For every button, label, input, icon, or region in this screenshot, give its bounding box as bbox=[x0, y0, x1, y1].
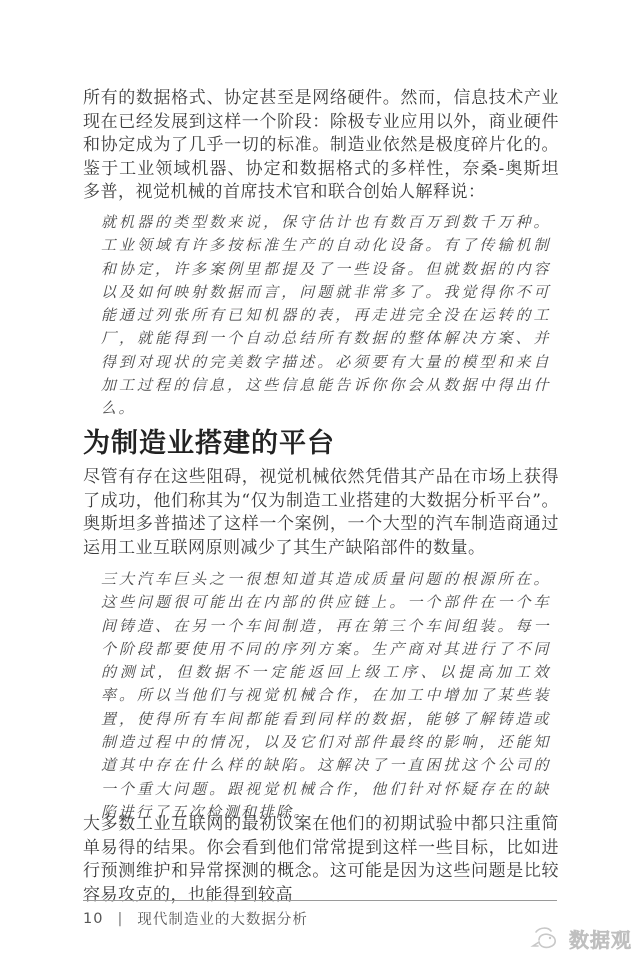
footer-separator: | bbox=[117, 911, 123, 927]
paragraph-intro: 所有的数据格式、协定甚至是网络硬件。然而，信息技术产业现在已经发展到这样一个阶段… bbox=[83, 87, 559, 205]
page-number: 10 bbox=[83, 911, 103, 927]
book-page: 所有的数据格式、协定甚至是网络硬件。然而，信息技术产业现在已经发展到这样一个阶段… bbox=[0, 0, 640, 962]
paragraph-iiot-proposals: 大多数工业互联网的最初议案在他们的初期试验中都只注重简单易得的结果。你会看到他们… bbox=[83, 813, 559, 907]
quote-auto-case: 三大汽车巨头之一很想知道其造成质量问题的根源所在。这些问题很可能出在内部的供应链… bbox=[101, 568, 551, 824]
footer-divider bbox=[83, 900, 557, 901]
watermark: 数据观 bbox=[530, 924, 632, 953]
quote-machine-types: 就机器的类型数来说，保守估计也有数百万到数千万种。工业领域有许多按标准生产的自动… bbox=[101, 211, 551, 421]
page-footer: 10 | 现代制造业的大数据分析 bbox=[83, 908, 308, 929]
watermark-label: 数据观 bbox=[569, 924, 632, 953]
book-title: 现代制造业的大数据分析 bbox=[137, 908, 308, 929]
whale-logo-icon bbox=[530, 926, 564, 952]
paragraph-platform: 尽管有存在这些阻碍，视觉机械依然凭借其产品在市场上获得了成功，他们称其为“仅为制… bbox=[83, 466, 559, 560]
section-heading: 为制造业搭建的平台 bbox=[83, 421, 335, 460]
